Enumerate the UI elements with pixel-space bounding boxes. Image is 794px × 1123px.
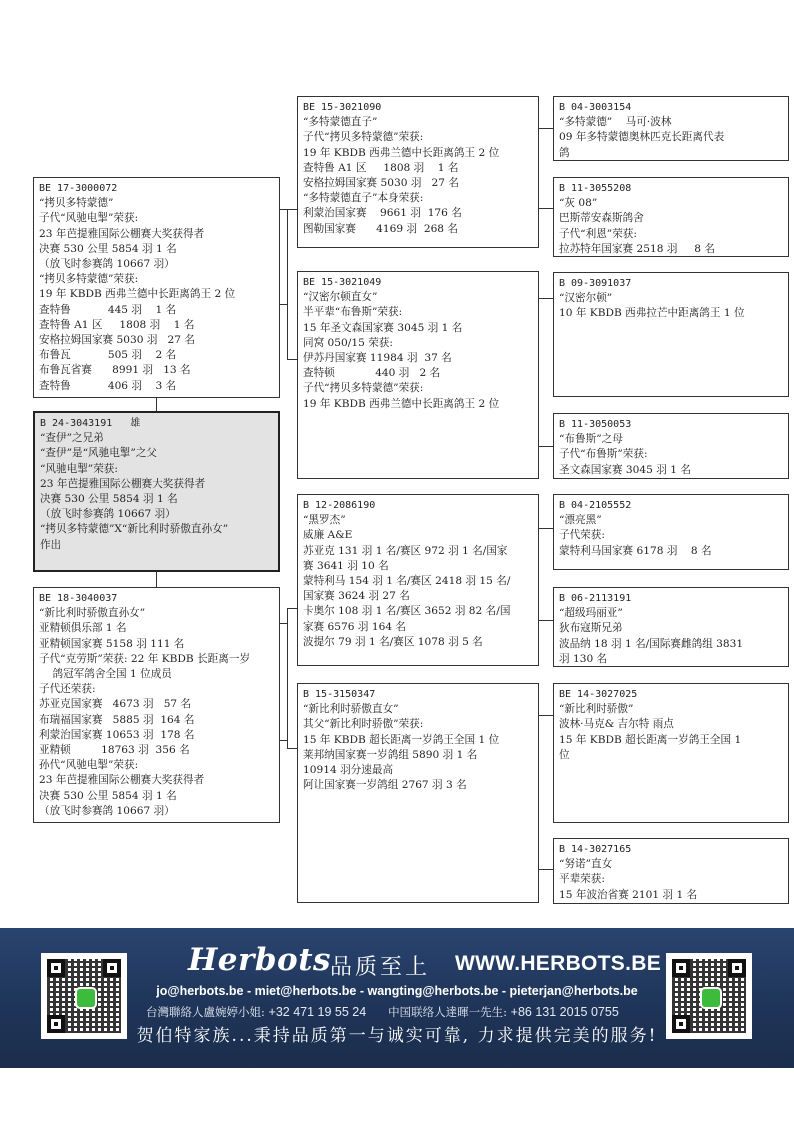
ring-number: BE 18-3040037 <box>39 591 274 606</box>
pedigree-text-line: 波林·马克& 吉尔特 雨点 <box>559 717 783 732</box>
pedigree-text-line: 蒙特利马国家赛 6178 羽 8 名 <box>559 544 783 559</box>
pedigree-text-line: 赛 3641 羽 10 名 <box>303 559 533 574</box>
pedigree-text-line: 布瑞福国家赛 5885 羽 164 名 <box>39 713 274 728</box>
qr-finder <box>103 959 121 977</box>
pedigree-text-line: “多特蒙德直子” <box>303 115 533 130</box>
pedigree-text-line: 利蒙治国家赛 10653 羽 178 名 <box>39 728 274 743</box>
pedigree-dds: BE 14-3027025“新比利时骄傲”波林·马克& 吉尔特 雨点15 年 K… <box>553 683 789 823</box>
pedigree-text-line: 子代“拷贝多特蒙德”荣获: <box>303 381 533 396</box>
pedigree-text-line: 子代荣获: <box>559 528 783 543</box>
pedigree-text-line: 09 年多特蒙德奥林匹克长距离代表 <box>559 130 783 145</box>
pedigree-text-line: 巴斯蒂安森斯鸽舍 <box>559 211 783 226</box>
pedigree-text-line: 15 年 KBDB 超长距离一岁鸽王全国 1 <box>559 733 783 748</box>
contact-line: 台灣聯絡人盧婉婷小姐: +32 471 19 55 24 中国联络人達暉一先生:… <box>146 1004 619 1020</box>
pedigree-text-line: “漂亮黑” <box>559 513 783 528</box>
pedigree-sss: B 04-3003154“多特蒙德” 马可·波林09 年多特蒙德奥林匹克长距离代… <box>553 96 789 161</box>
pedigree-sire: BE 17-3000072“拷贝多特蒙德”子代“风驰电掣”荣获:23 年芭提雅国… <box>33 177 280 398</box>
pedigree-text-line: 鸽 <box>559 146 783 161</box>
ring-number: BE 15-3021090 <box>303 100 533 115</box>
pedigree-text-line: 拉苏特年国家赛 2518 羽 8 名 <box>559 242 783 257</box>
connector <box>538 298 554 299</box>
pedigree-text-line: 波提尔 79 羽 1 名/赛区 1078 羽 5 名 <box>303 635 533 650</box>
pedigree-text-line: 23 年芭提雅国际公棚赛大奖获得者 <box>39 773 274 788</box>
pedigree-text-line: 19 年 KBDB 西弗兰德中长距离鸽王 2 位 <box>303 397 533 412</box>
pedigree-text-line: 23 年芭提雅国际公棚赛大奖获得者 <box>40 477 273 492</box>
pedigree-text-line: 安格拉姆国家赛 5030 羽 27 名 <box>303 176 533 191</box>
pedigree-text-line: 家赛 6576 羽 164 名 <box>303 620 533 635</box>
ring-number: BE 15-3021049 <box>303 275 533 290</box>
pedigree-text-line: “风驰电掣”荣获: <box>40 462 273 477</box>
connector <box>287 748 297 749</box>
pedigree-text-line: 亚精顿 18763 羽 356 名 <box>39 743 274 758</box>
connector <box>538 620 554 621</box>
pedigree-text-line: “努诺”直女 <box>559 857 783 872</box>
pedigree-text-line: 其父“新比利时骄傲”荣获: <box>303 717 533 732</box>
pedigree-text-line: 国家赛 3624 羽 27 名 <box>303 589 533 604</box>
pedigree-ssd: B 11-3055208“灰 08”巴斯蒂安森斯鸽舍子代“利恩”荣获:拉苏特年国… <box>553 177 789 257</box>
connector <box>538 128 554 129</box>
pedigree-text-line: 子代“风驰电掣”荣获: <box>39 211 274 226</box>
connector <box>538 869 554 870</box>
pedigree-text-line: 决赛 530 公里 5854 羽 1 名 <box>39 789 274 804</box>
ring-number: B 11-3055208 <box>559 181 783 196</box>
pedigree-text-line: 波品纳 18 羽 1 名/国际赛雌鸽组 3831 <box>559 637 783 652</box>
pedigree-text-line: 布鲁瓦省赛 8991 羽 13 名 <box>39 363 274 378</box>
pedigree-text-line: 查特鲁 445 羽 1 名 <box>39 303 274 318</box>
pedigree-text-line: 查特鲁 406 羽 3 名 <box>39 379 274 394</box>
ring-number: B 12-2086190 <box>303 498 533 513</box>
connector <box>287 608 297 609</box>
pedigree-text-line: 19 年 KBDB 西弗兰德中长距离鸽王 2 位 <box>303 146 533 161</box>
contact-cn-label: 中国联络人達暉一先生: <box>388 1005 507 1019</box>
pedigree-text-line: “新比利时骄傲直孙女” <box>39 606 274 621</box>
pedigree-text-line: 查特顿 440 羽 2 名 <box>303 366 533 381</box>
connector <box>538 208 554 209</box>
connector <box>538 446 554 447</box>
connector <box>279 209 287 210</box>
pedigree-ddd: B 14-3027165“努诺”直女平辈荣获:15 年波治省赛 2101 羽 1… <box>553 838 789 904</box>
pedigree-text-line: 威廉 A&E <box>303 528 533 543</box>
pedigree-text-line: 苏亚克 131 羽 1 名/赛区 972 羽 1 名/国家 <box>303 544 533 559</box>
pedigree-text-line: 苏亚克国家赛 4673 羽 57 名 <box>39 697 274 712</box>
pedigree-text-line: 鸽冠军鸽舍全国 1 位成员 <box>39 667 274 682</box>
ring-number: B 04-2105552 <box>559 498 783 513</box>
pedigree-text-line: 10 年 KBDB 西弗拉芒中距离鸽王 1 位 <box>559 306 783 321</box>
pedigree-text-line: 圣文森国家赛 3045 羽 1 名 <box>559 463 783 478</box>
pedigree-text-line: 决赛 530 公里 5854 羽 1 名 <box>40 492 273 507</box>
pedigree-text-line: 莱邦纳国家赛一岁鸽组 5890 羽 1 名 <box>303 748 533 763</box>
pedigree-text-line: 羽 130 名 <box>559 652 783 667</box>
pedigree-text-line: 利蒙治国家赛 9661 羽 176 名 <box>303 206 533 221</box>
pedigree-text-line: （放飞时参赛鸽 10667 羽） <box>39 804 274 819</box>
pedigree-sire-dam: BE 15-3021049“汉密尔顿直女”半平辈“布鲁斯”荣获:15 年圣文森国… <box>297 271 539 479</box>
ring-number: BE 17-3000072 <box>39 181 274 196</box>
ring-number: B 11-3050053 <box>559 417 783 432</box>
pedigree-text-line: 狄布寇斯兄弟 <box>559 621 783 636</box>
pedigree-text-line: 亚精顿国家赛 5158 羽 111 名 <box>39 637 274 652</box>
pedigree-text-line: 15 年圣文森国家赛 3045 羽 1 名 <box>303 321 533 336</box>
pedigree-dam-dam: B 15-3150347“新比利时骄傲直女”其父“新比利时骄傲”荣获:15 年 … <box>297 683 539 903</box>
qr-finder <box>47 959 65 977</box>
contact-tw-label: 台灣聯絡人盧婉婷小姐: <box>146 1005 265 1019</box>
ring-number: BE 14-3027025 <box>559 687 783 702</box>
pedigree-text-line: “汉密尔顿” <box>559 291 783 306</box>
pedigree-subject: B 24-3043191 雄“查伊”之兄弟“查伊”是“风驰电掣”之父“风驰电掣”… <box>33 411 280 572</box>
pedigree-dam-sire: B 12-2086190“黑罗杰”威廉 A&E苏亚克 131 羽 1 名/赛区 … <box>297 494 539 666</box>
pedigree-sdd: B 11-3050053“布鲁斯”之母子代“布鲁斯”荣获:圣文森国家赛 3045… <box>553 413 789 479</box>
connector <box>287 608 288 748</box>
pedigree-text-line: 孙代“风驰电掣”荣获: <box>39 758 274 773</box>
wechat-icon <box>700 987 722 1009</box>
pedigree-text-line: “拷贝多特蒙德”X“新比利时骄傲直孙女” <box>40 522 273 537</box>
pedigree-text-line: 平辈荣获: <box>559 872 783 887</box>
pedigree-text-line: 10914 羽分速最高 <box>303 763 533 778</box>
ring-number: B 24-3043191 雄 <box>40 416 273 431</box>
pedigree-text-line: “多特蒙德直子”本身荣获: <box>303 191 533 206</box>
pedigree-text-line: 决赛 530 公里 5854 羽 1 名 <box>39 242 274 257</box>
pedigree-text-line: 23 年芭提雅国际公棚赛大奖获得者 <box>39 227 274 242</box>
ring-number: B 09-3091037 <box>559 276 783 291</box>
contact-cn-phone[interactable]: +86 131 2015 0755 <box>511 1005 619 1019</box>
pedigree-text-line: （放飞时参赛鸽 10667 羽） <box>40 507 273 522</box>
connector <box>279 623 287 624</box>
pedigree-text-line: “汉密尔顿直女” <box>303 290 533 305</box>
pedigree-text-line: 安格拉姆国家赛 5030 羽 27 名 <box>39 333 274 348</box>
pedigree-text-line: 卡奥尔 108 羽 1 名/赛区 3652 羽 82 名/国 <box>303 604 533 619</box>
footer-banner: Herbots 品质至上 WWW.HERBOTS.BE jo@herbots.b… <box>0 928 794 1068</box>
pedigree-text-line: 半平辈“布鲁斯”荣获: <box>303 305 533 320</box>
pedigree-text-line: 19 年 KBDB 西弗兰德中长距离鸽王 2 位 <box>39 287 274 302</box>
connector <box>287 359 297 360</box>
connector <box>279 304 287 305</box>
connector <box>279 740 287 741</box>
pedigree-text-line: 蒙特利马 154 羽 1 名/赛区 2418 羽 15 名/ <box>303 574 533 589</box>
pedigree-text-line: “拷贝多特蒙德” <box>39 196 274 211</box>
pedigree-text-line: 子代“利恩”荣获: <box>559 227 783 242</box>
qr-code-wechat[interactable] <box>666 953 752 1039</box>
pedigree-text-line: 亚精顿俱乐部 1 名 <box>39 621 274 636</box>
qr-finder <box>672 959 690 977</box>
pedigree-text-line: “新比利时骄傲” <box>559 702 783 717</box>
pedigree-text-line: “布鲁斯”之母 <box>559 432 783 447</box>
ring-number: B 04-3003154 <box>559 100 783 115</box>
brand-logo[interactable]: Herbots <box>188 942 331 978</box>
pedigree-text-line: 子代“布鲁斯”荣获: <box>559 447 783 462</box>
pedigree-text-line: “多特蒙德” 马可·波林 <box>559 115 783 130</box>
pedigree-text-line: 位 <box>559 748 783 763</box>
pedigree-text-line: 查特鲁 A1 区 1808 羽 1 名 <box>303 161 533 176</box>
pedigree-dss: B 04-2105552“漂亮黑”子代荣获:蒙特利马国家赛 6178 羽 8 名 <box>553 494 789 570</box>
pedigree-text-line: 查特鲁 A1 区 1808 羽 1 名 <box>39 318 274 333</box>
pedigree-text-line: 子代还荣获: <box>39 682 274 697</box>
pedigree-text-line: 伊苏丹国家赛 11984 羽 37 名 <box>303 351 533 366</box>
qr-finder <box>672 1015 690 1033</box>
pedigree-text-line: 作出 <box>40 538 273 553</box>
pedigree-text-line: “新比利时骄傲直女” <box>303 702 533 717</box>
pedigree-dsd: B 06-2113191“超级玛丽亚”狄布寇斯兄弟波品纳 18 羽 1 名/国际… <box>553 587 789 667</box>
ring-number: B 06-2113191 <box>559 591 783 606</box>
pedigree-sire-sire: BE 15-3021090“多特蒙德直子”子代“拷贝多特蒙德”荣获:19 年 K… <box>297 96 539 248</box>
ring-number: B 15-3150347 <box>303 687 533 702</box>
connector <box>538 528 554 529</box>
pedigree-text-line: “拷贝多特蒙德”荣获: <box>39 272 274 287</box>
contact-tw-phone[interactable]: +32 471 19 55 24 <box>269 1005 367 1019</box>
pedigree-text-line: 15 年波治省赛 2101 羽 1 名 <box>559 888 783 903</box>
connector <box>156 397 157 412</box>
connector <box>287 209 288 359</box>
connector <box>538 715 554 716</box>
connector <box>287 209 297 210</box>
pedigree-text-line: （放飞时参赛鸽 10667 羽） <box>39 257 274 272</box>
pedigree-text-line: “超级玛丽亚” <box>559 606 783 621</box>
ring-number: B 14-3027165 <box>559 842 783 857</box>
pedigree-text-line: 同窝 050/15 荣获: <box>303 336 533 351</box>
pedigree-text-line: 图勒国家赛 4169 羽 268 名 <box>303 222 533 237</box>
pedigree-dam: BE 18-3040037“新比利时骄傲直孙女”亚精顿俱乐部 1 名亚精顿国家赛… <box>33 587 280 823</box>
pedigree-text-line: 子代“克劳斯”荣获: 22 年 KBDB 长距离一岁 <box>39 652 274 667</box>
pedigree-text-line: “黑罗杰” <box>303 513 533 528</box>
pedigree-text-line: “灰 08” <box>559 196 783 211</box>
pedigree-text-line: 15 年 KBDB 超长距离一岁鸽王全国 1 位 <box>303 733 533 748</box>
pedigree-text-line: “查伊”之兄弟 <box>40 431 273 446</box>
website-link[interactable]: WWW.HERBOTS.BE <box>455 952 661 976</box>
slogan: 品质至上 <box>330 950 430 981</box>
pedigree-text-line: 阿让国家赛一岁鸽组 2767 羽 3 名 <box>303 778 533 793</box>
connector <box>156 571 157 588</box>
pedigree-sds: B 09-3091037“汉密尔顿”10 年 KBDB 西弗拉芒中距离鸽王 1 … <box>553 272 789 397</box>
qr-finder <box>728 959 746 977</box>
pedigree-text-line: 子代“拷贝多特蒙德”荣获: <box>303 130 533 145</box>
pedigree-text-line: “查伊”是“风驰电掣”之父 <box>40 446 273 461</box>
pedigree-text-line: 布鲁瓦 505 羽 2 名 <box>39 348 274 363</box>
